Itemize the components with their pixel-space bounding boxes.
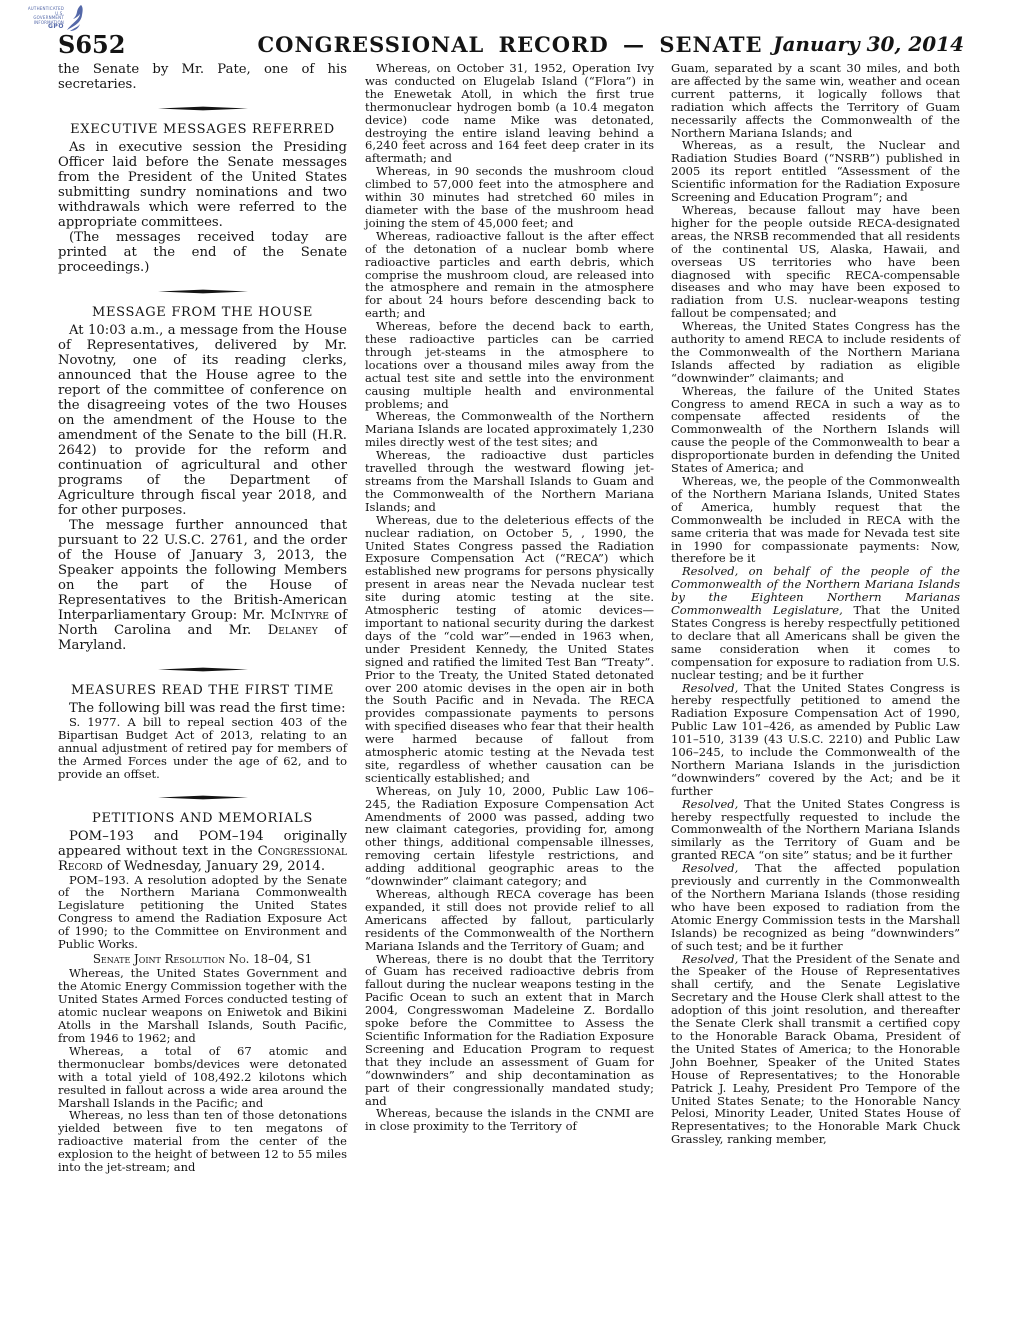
section-divider (58, 98, 347, 117)
resolved-text: That the affected population previously … (671, 861, 960, 952)
whereas-clause: Whereas, we, the people of the Commonwea… (671, 475, 960, 565)
section-heading-measures-read: MEASURES READ THE FIRST TIME (58, 683, 347, 698)
whereas-clause: Whereas, before the decend back to earth… (365, 320, 654, 410)
whereas-clause: Whereas, because the islands in the CNMI… (365, 1107, 654, 1133)
whereas-clause: Whereas, although RECA coverage has been… (365, 888, 654, 953)
paragraph: The message further announced that pursu… (58, 518, 347, 653)
resolved-clause: Resolved, on behalf of the people of the… (671, 565, 960, 681)
whereas-clause: Whereas, as a result, the Nuclear and Ra… (671, 139, 960, 204)
resolved-clause: Resolved, That the President of the Sena… (671, 953, 960, 1147)
paragraph-segment: of Wednesday, January 29, 2014. (103, 859, 325, 874)
section-divider (58, 787, 347, 806)
section-divider (58, 659, 347, 678)
pom-description: POM–193. A resolution adopted by the Sen… (58, 874, 347, 951)
section-heading-executive-messages: EXECUTIVE MESSAGES REFERRED (58, 122, 347, 137)
whereas-clause: Whereas, because fallout may have been h… (671, 204, 960, 320)
member-name: Delaney (268, 623, 318, 638)
whereas-clause: Whereas, the Commonwealth of the Norther… (365, 410, 654, 449)
whereas-clause: Whereas, the radioactive dust particles … (365, 449, 654, 514)
whereas-clause: Whereas, there is no doubt that the Terr… (365, 953, 654, 1108)
resolved-text: That the President of the Senate and the… (671, 952, 960, 1147)
whereas-clause: Whereas, the United States Congress has … (671, 320, 960, 385)
column-2: Whereas, on October 31, 1952, Operation … (365, 62, 654, 1133)
paragraph: At 10:03 a.m., a message from the House … (58, 323, 347, 518)
resolution-title: Senate Joint Resolution No. 18–04, S1 (58, 953, 347, 967)
issue-date: January 30, 2014 (773, 32, 964, 56)
section-heading-petitions: PETITIONS AND MEMORIALS (58, 811, 347, 826)
congressional-record-page: AUTHENTICATED U.S. GOVERNMENT INFORMATIO… (0, 0, 1020, 1320)
paragraph: The following bill was read the first ti… (58, 701, 347, 716)
resolved-clause: Resolved, That the United States Congres… (671, 682, 960, 798)
continuation-paragraph: Guam, separated by a scant 30 miles, and… (671, 62, 960, 139)
resolved-clause: Resolved, That the affected population p… (671, 862, 960, 952)
member-name: McIntyre (270, 608, 329, 623)
bill-description: S. 1977. A bill to repeal section 403 of… (58, 716, 347, 781)
resolved-lead: Resolved, (682, 952, 738, 966)
paragraph: POM–193 and POM–194 originally appeared … (58, 829, 347, 874)
whereas-clause: Whereas, on October 31, 1952, Operation … (365, 62, 654, 165)
whereas-clause: Whereas, a total of 67 atomic and thermo… (58, 1045, 347, 1110)
whereas-clause: Whereas, on July 10, 2000, Public Law 10… (365, 785, 654, 888)
section-heading-message-from-house: MESSAGE FROM THE HOUSE (58, 305, 347, 320)
section-divider (58, 281, 347, 300)
paragraph: As in executive session the Presiding Of… (58, 140, 347, 230)
resolved-lead: Resolved, (682, 797, 738, 811)
paragraph: (The messages received today are printed… (58, 230, 347, 275)
column-3: Guam, separated by a scant 30 miles, and… (671, 62, 960, 1146)
whereas-clause: Whereas, in 90 seconds the mushroom clou… (365, 165, 654, 230)
resolved-lead: Resolved, (682, 681, 738, 695)
whereas-clause: Whereas, no less than ten of those deton… (58, 1109, 347, 1174)
column-1: the Senate by Mr. Pate, one of his secre… (58, 62, 347, 1174)
whereas-clause: Whereas, due to the deleterious effects … (365, 514, 654, 785)
resolved-clause: Resolved, That the United States Congres… (671, 798, 960, 863)
whereas-clause: Whereas, the United States Government an… (58, 967, 347, 1044)
whereas-clause: Whereas, radioactive fallout is the afte… (365, 230, 654, 320)
resolved-text: That the United States Congress is hereb… (671, 681, 960, 798)
whereas-clause: Whereas, the failure of the United State… (671, 385, 960, 475)
resolved-lead: Resolved, (682, 861, 738, 875)
page-header: S652 CONGRESSIONAL RECORD — SENATE Janua… (0, 28, 1020, 62)
continuation-paragraph: the Senate by Mr. Pate, one of his secre… (58, 62, 347, 92)
